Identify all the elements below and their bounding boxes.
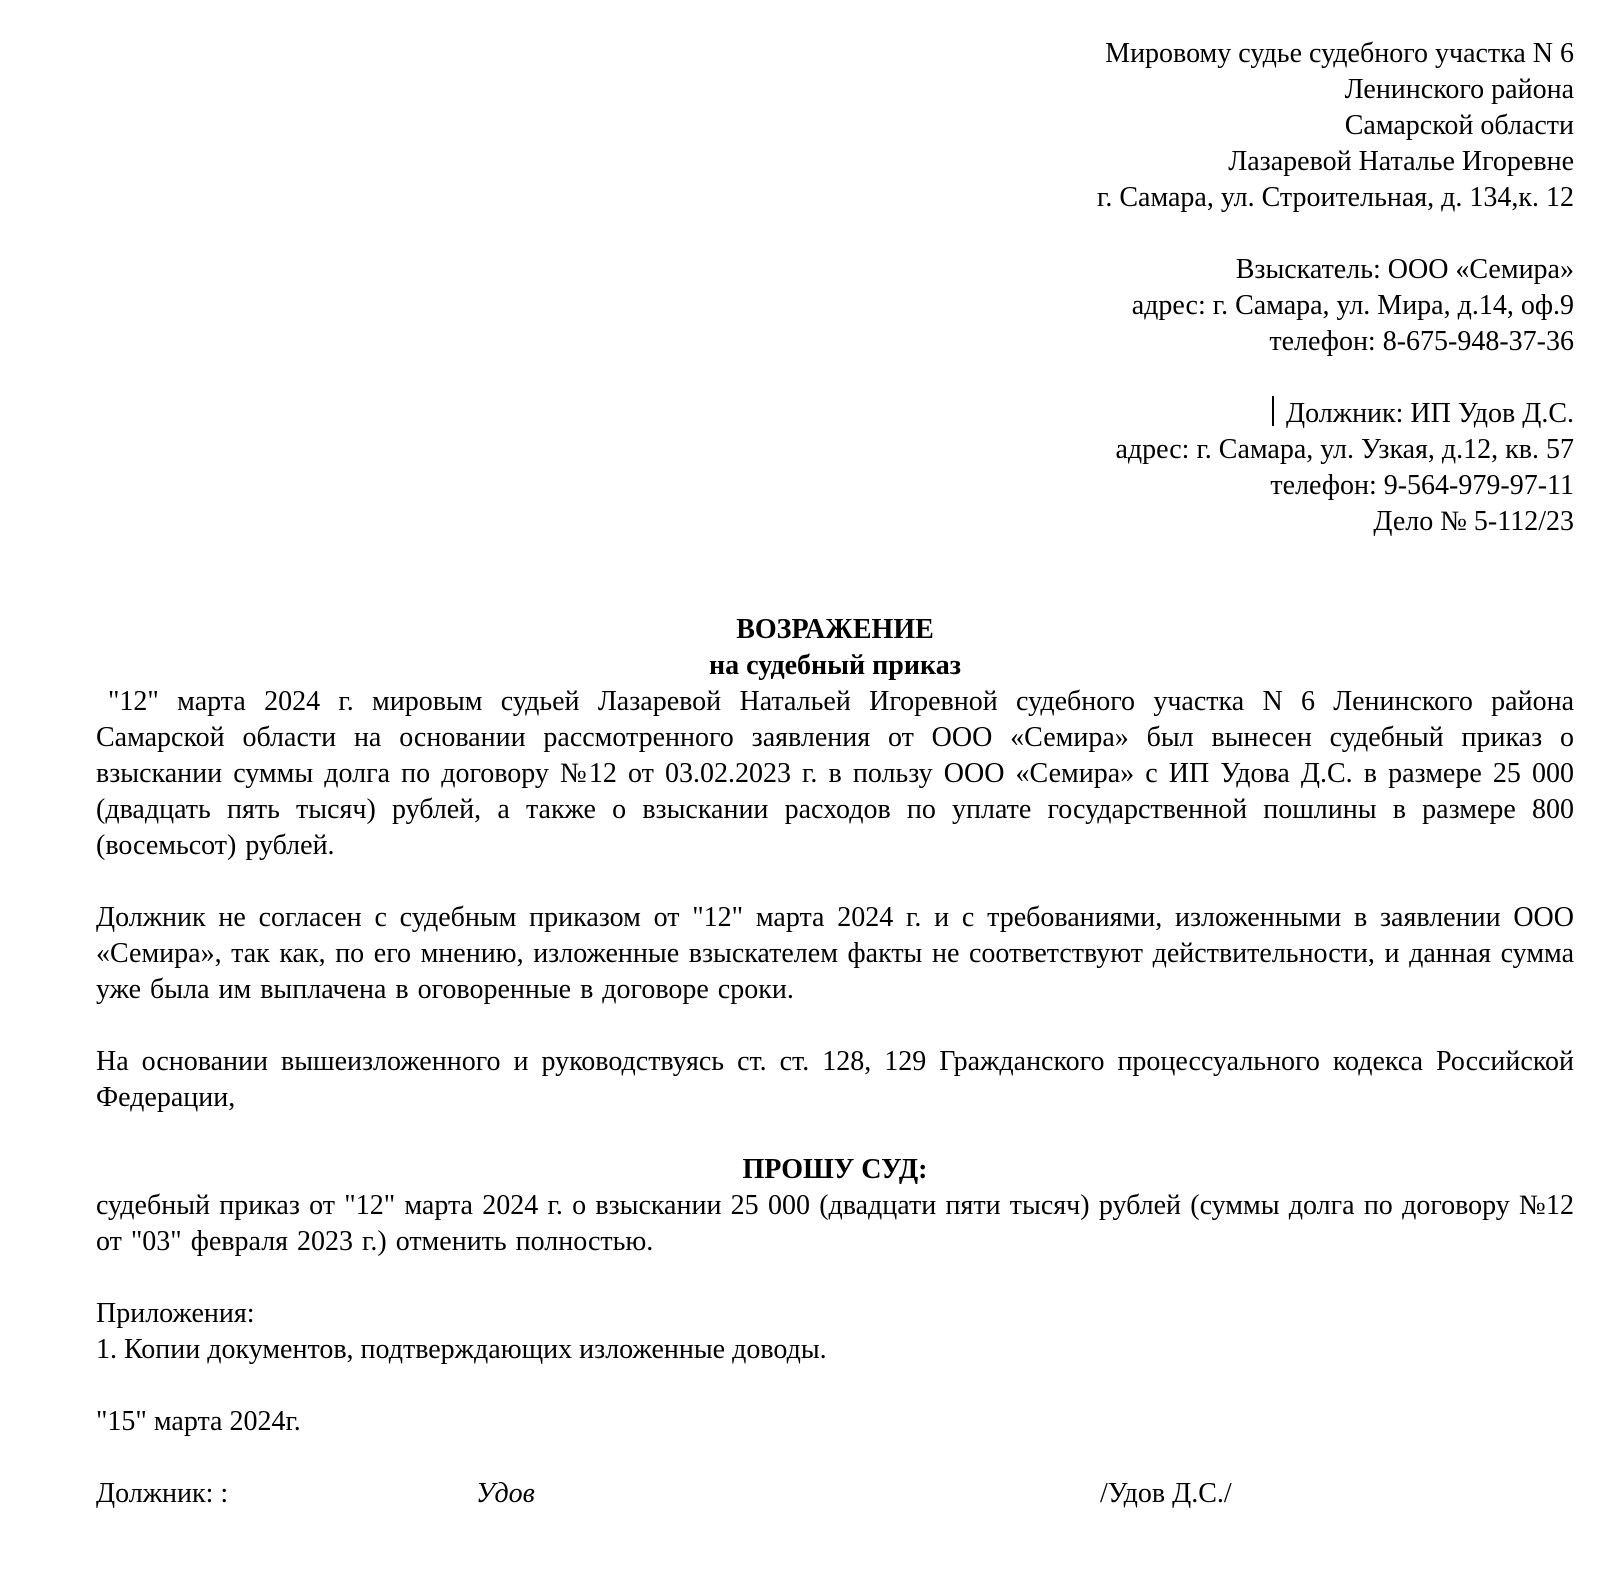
debtor-name: Должник: ИП Удов Д.С. xyxy=(1286,398,1574,429)
signature-label: Должник: : xyxy=(96,1476,228,1512)
spacer xyxy=(96,864,1574,900)
spacer xyxy=(96,1116,1574,1152)
document-subtitle: на судебный приказ xyxy=(96,648,1574,684)
spacer xyxy=(96,360,1574,396)
debtor-line: телефон: 9-564-979-97-11 xyxy=(96,468,1574,504)
spacer xyxy=(96,1368,1574,1404)
signature-name: /Удов Д.С./ xyxy=(1100,1476,1232,1512)
spacer xyxy=(96,540,1574,612)
claimant-block: Взыскатель: ООО «Семира» адрес: г. Самар… xyxy=(96,252,1574,360)
spacer xyxy=(96,216,1574,252)
signature-row: Должник: : Удов /Удов Д.С./ xyxy=(96,1476,1574,1512)
debtor-line: Должник: ИП Удов Д.С. xyxy=(96,396,1574,432)
addressee-line: Лазаревой Наталье Игоревне xyxy=(96,144,1574,180)
spacer xyxy=(96,1008,1574,1044)
addressee-line: г. Самара, ул. Строительная, д. 134,к. 1… xyxy=(96,180,1574,216)
spacer xyxy=(96,1440,1574,1476)
addressee-line: Ленинского района xyxy=(96,72,1574,108)
addressee-line: Самарской области xyxy=(96,108,1574,144)
body-paragraph-1: "12" марта 2024 г. мировым судьей Лазаре… xyxy=(96,684,1574,864)
document-page: Мировому судье судебного участка N 6 Лен… xyxy=(96,36,1574,1512)
claimant-line: Взыскатель: ООО «Семира» xyxy=(96,252,1574,288)
claimant-line: телефон: 8-675-948-37-36 xyxy=(96,324,1574,360)
text-cursor-icon xyxy=(1272,396,1274,426)
body-paragraph-2: Должник не согласен с судебным приказом … xyxy=(96,900,1574,1008)
addressee-block: Мировому судье судебного участка N 6 Лен… xyxy=(96,36,1574,216)
request-heading: ПРОШУ СУД: xyxy=(96,1152,1574,1188)
debtor-block: Должник: ИП Удов Д.С. адрес: г. Самара, … xyxy=(96,396,1574,540)
debtor-line: адрес: г. Самара, ул. Узкая, д.12, кв. 5… xyxy=(96,432,1574,468)
attachments-label: Приложения: xyxy=(96,1296,1574,1332)
document-date: "15" марта 2024г. xyxy=(96,1404,1574,1440)
addressee-line: Мировому судье судебного участка N 6 xyxy=(96,36,1574,72)
document-title: ВОЗРАЖЕНИЕ xyxy=(96,612,1574,648)
case-number: Дело № 5-112/23 xyxy=(96,504,1574,540)
signature-mark: Удов xyxy=(476,1476,535,1512)
spacer xyxy=(96,1260,1574,1296)
request-text: судебный приказ от "12" марта 2024 г. о … xyxy=(96,1188,1574,1260)
attachment-item: 1. Копии документов, подтверждающих изло… xyxy=(96,1332,1574,1368)
body-paragraph-3: На основании вышеизложенного и руководст… xyxy=(96,1044,1574,1116)
claimant-line: адрес: г. Самара, ул. Мира, д.14, оф.9 xyxy=(96,288,1574,324)
